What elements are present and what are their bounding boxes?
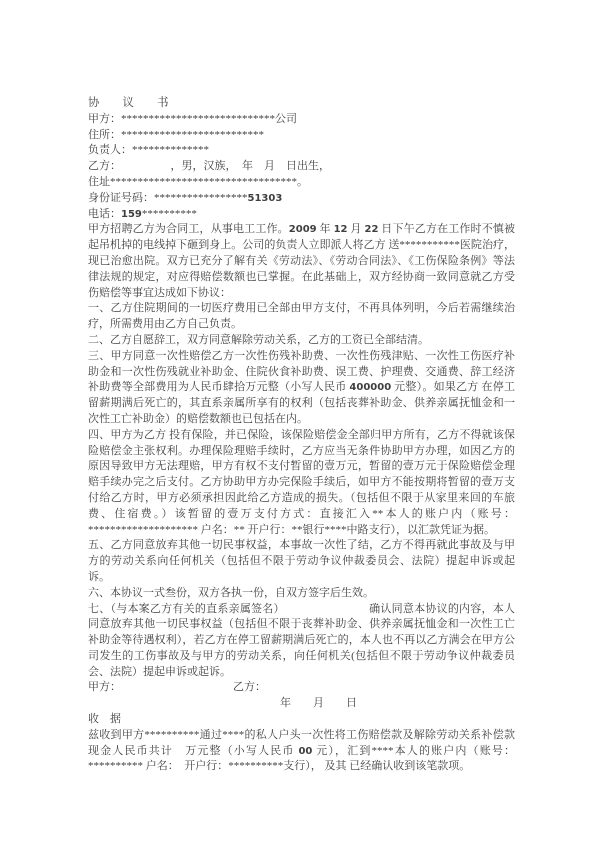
- signature-row: 甲方： 乙方：: [88, 680, 515, 696]
- principal-line: 负责人：**************: [88, 143, 515, 159]
- clause-3: 三、甲方同意一次性赔偿乙方一次性伤残补助费、一次性伤残津贴、一次性工伤医疗补助金…: [88, 349, 515, 428]
- party-a-signature-label: 甲方：: [88, 680, 233, 696]
- id-number-line: 身份证号码：*****************51303: [88, 191, 515, 207]
- preamble-paragraph: 甲方招聘乙方为合同工，从事电工工作。2009 年 12 月 22 日下午乙方在工…: [88, 222, 515, 301]
- clause-5: 五、乙方同意放弃其他一切民事权益，本事故一次性了结，乙方不得再就此事故及与甲方的…: [88, 538, 515, 585]
- document-title: 协 议 书: [88, 96, 515, 112]
- clause-7: 七、（与本案乙方有关的直系亲属签名） 确认同意本协议的内容，本人同意放弃其他一切…: [88, 602, 515, 681]
- receipt-title: 收 据: [88, 712, 515, 728]
- clause-1: 一、乙方住院期间的一切医疗费用已全部由甲方支付，不再具体列明，今后若需继续治疗，…: [88, 301, 515, 333]
- signature-date-line: 年 月 日: [88, 696, 515, 712]
- phone-line: 电话：159**********: [88, 207, 515, 223]
- party-b-signature-label: 乙方：: [233, 680, 266, 696]
- agreement-document: 协 议 书 甲方：****************************公司 …: [0, 0, 600, 849]
- party-a-address-line: 住所：**************************: [88, 128, 515, 144]
- receipt-body: 兹收到甲方**********通过****的私人户头一次性将工伤赔偿款及解除劳动…: [88, 728, 515, 775]
- party-b-address-line: 住址**********************************。: [88, 175, 515, 191]
- party-a-line: 甲方：****************************公司: [88, 112, 515, 128]
- party-b-line: 乙方： ，男，汉族， 年 月 日出生，: [88, 159, 515, 175]
- clause-2: 二、乙方自愿辞工，双方同意解除劳动关系，乙方的工资已全部结清。: [88, 333, 515, 349]
- clause-4: 四、甲方为乙方 投有保险，并已保险，该保险赔偿金全部归甲方所有，乙方不得就该保险…: [88, 428, 515, 539]
- clause-6: 六、本协议一式叁份，双方各执一份，自双方签字后生效。: [88, 586, 515, 602]
